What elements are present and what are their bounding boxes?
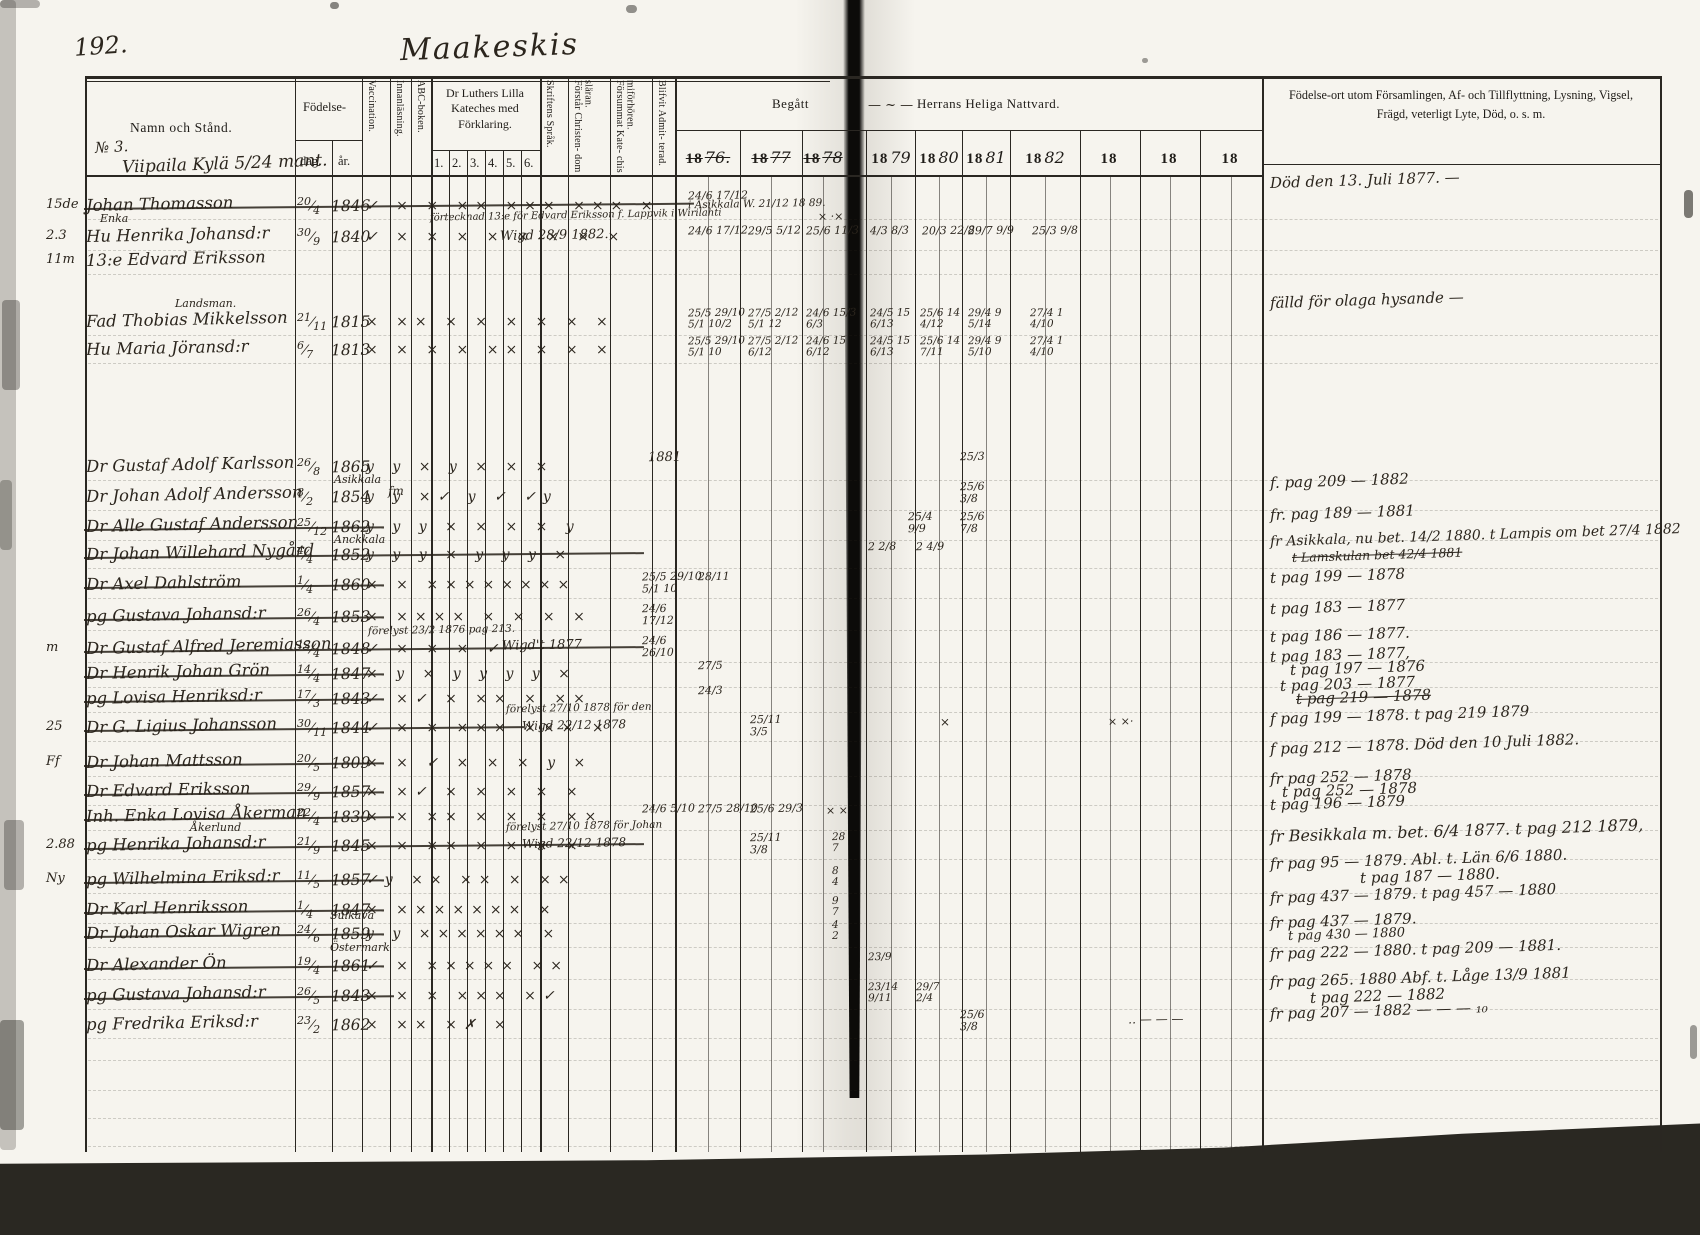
communion-dates: 25/6 3/8 [960, 1009, 985, 1033]
communion-dates: × ·× [818, 211, 844, 223]
row-name: Dr Edvard Eriksson [86, 779, 251, 801]
catechism-marks: × × ×××××××× [366, 577, 576, 593]
communion-squiggle: — ~ — [868, 98, 913, 113]
catechism-marks: × × × × ×× × × × [366, 342, 615, 358]
communion-dates: 25/11 3/5 [750, 714, 782, 738]
communion-dates: 8 4 [832, 866, 839, 889]
note-line: fr. pag 189 — 1881 [1270, 501, 1415, 524]
year-printed: 18 [966, 151, 983, 167]
scan-artifact [0, 480, 12, 550]
col-header-vertical: Skriftens Språk. [543, 80, 567, 173]
birth-year: 1862 [331, 1016, 371, 1035]
row-annotation-above: Landsman. [175, 297, 236, 310]
catechism-marks: y y y × × × × y [366, 519, 581, 535]
birth-day: 23⁄2 [297, 1014, 320, 1036]
grid-vline [740, 130, 741, 1152]
note-line: fr Asikkala, nu bet. 14/2 1880. t Lampis… [1270, 521, 1681, 550]
catechism-marks: × ×× × × × × × × [366, 314, 615, 330]
row-ruling [88, 568, 1658, 569]
row-ruling [88, 923, 1658, 924]
row-name: Dr Henrik Johan Grön [86, 660, 270, 683]
communion-dates: 29/7 9/9 [968, 225, 1014, 238]
communion-dates: 25/6 3/8 [960, 481, 985, 505]
grid-vline [1010, 130, 1011, 1152]
note-line: t pag 183 — 1877 [1270, 596, 1406, 618]
note-line: f pag 212 — 1878. Död den 10 Juli 1882. [1270, 730, 1580, 758]
grid-vline-year-half [1110, 175, 1111, 1152]
scan-artifact [626, 5, 637, 13]
communion-dates: 24/5 15 6/13 [870, 336, 911, 359]
row-name: Dr Axel Dahlström [86, 572, 242, 594]
row-ruling [88, 1090, 1658, 1091]
year-printed: 18 [1101, 151, 1118, 167]
page-title: Maakeskis [399, 27, 579, 68]
year-handwritten: 81 [985, 148, 1005, 167]
communion-dates: 25/5 29/10 5/1 10 [642, 570, 702, 595]
birth-year: 1813 [331, 341, 371, 360]
year-printed: 18 [871, 151, 888, 167]
note-line: Död den 13. Juli 1877. — [1270, 168, 1460, 192]
col-header-remarks: Födelse-ort utom Församlingen, Af- och T… [1268, 86, 1654, 124]
row-name: Dr Johan Willehard Nygård [86, 540, 315, 564]
communion-dates: 2 2/8 [868, 541, 896, 553]
communion-dates: 23/9 [868, 952, 892, 964]
note-line: t pag 196 — 1879 [1270, 792, 1406, 814]
grid-vline [675, 76, 677, 1152]
grid-vline [295, 76, 296, 1152]
year-handwritten: 76. [705, 148, 730, 167]
scan-artifact [1684, 190, 1693, 218]
communion-dates: Wigd 22/12 1878 [522, 718, 626, 733]
row-ruling [88, 1038, 1658, 1039]
year-header: 1878 [795, 148, 851, 168]
communion-dates: 28 7 [832, 832, 846, 855]
communion-dates: 4/3 8/3 [870, 225, 909, 238]
row-margin-note: m [46, 640, 58, 655]
catechism-marks: ✓ × ××××× ×× [366, 958, 569, 974]
communion-dates: 9 7 [832, 896, 839, 919]
grid-vline-year-half [1231, 175, 1232, 1152]
communion-dates: 24/6 26/10 [642, 635, 674, 659]
year-handwritten: 82 [1044, 148, 1064, 167]
communion-dates: × × [826, 805, 848, 817]
year-handwritten: 77 [770, 148, 790, 167]
col-header-catechism: Dr Luthers Lilla Kateches med Förklaring… [433, 86, 537, 132]
row-name: pg Lovisa Henriksd:r [86, 685, 262, 708]
catechism-marks: ✓y ×× ×× × ×× [366, 872, 577, 888]
row-name: pg Henrika Johansd:r [86, 832, 266, 855]
communion-dates: 25/6 11/3 [806, 225, 859, 238]
note-line: fr Besikkala m. bet. 6/4 1877. t pag 212… [1270, 815, 1644, 846]
birth-day: 8⁄2 [297, 486, 313, 508]
year-printed: 18 [686, 151, 703, 167]
grid-hline [1262, 164, 1660, 165]
communion-dates: 29/4 9 5/14 [968, 308, 1002, 331]
communion-dates: 25/5 29/10 5/1 10/2 [688, 308, 746, 332]
year-printed: 18 [919, 151, 936, 167]
catechism-marks: × × ✓ × × × y × [366, 755, 592, 771]
row-ruling [88, 250, 1658, 251]
year-header: 18 [1203, 148, 1259, 168]
communion-dates: 28/11 [698, 571, 730, 583]
col-header-communion-left: Begått [772, 96, 809, 112]
col-header-vertical: Innanläsning. [393, 80, 410, 173]
communion-dates: 24/5 15 6/13 [870, 308, 911, 331]
note-line: fr pag 437 — 1879. t pag 457 — 1880 [1270, 880, 1557, 907]
row-margin-note: 2.3 [46, 228, 67, 243]
grid-vline [866, 130, 867, 1152]
year-printed: 18 [1161, 151, 1178, 167]
catechism-col-number: 5. [506, 156, 515, 171]
communion-dates: 25/4 9/9 [908, 511, 933, 535]
communion-dates: förtecknad 13:e för Edvard Eriksson f. L… [430, 208, 722, 224]
grid-hline [675, 130, 1262, 131]
communion-dates: 24/3 [698, 685, 723, 697]
col-header-vertical: Förstår Christen- domsläran. [571, 80, 609, 173]
communion-dates: 27/4 1 4/10 [1030, 308, 1064, 331]
row-ruling [88, 274, 1658, 275]
catechism-marks: × × × ××× ×✓ [366, 988, 562, 1004]
remarks-header-line2: Frägd, veterligt Lyte, Död, o. s. m. [1268, 105, 1654, 124]
communion-dates: 1881 [648, 451, 681, 466]
row-name: pg Wilhelmina Eriksd:r [86, 866, 280, 889]
remarks-header-line1: Födelse-ort utom Församlingen, Af- och T… [1268, 86, 1654, 105]
communion-dates: 25/6 7/8 [960, 511, 985, 535]
grid-vline [1660, 76, 1662, 1152]
communion-dates: fm [388, 485, 404, 498]
grid-vline [1140, 130, 1141, 1152]
col-header-name: Namn och Stånd. [130, 120, 232, 136]
scan-artifact [330, 2, 339, 9]
scanned-ledger-page: 192. Maakeskis Namn och Stånd. № 3. Viip… [0, 0, 1700, 1235]
scan-artifact [0, 0, 40, 8]
year-header: 1881 [958, 148, 1014, 168]
birth-day: 21⁄11 [297, 311, 327, 333]
communion-dates: × [940, 716, 950, 729]
communion-dates: förelyst 27/10 1878 för Johan [506, 820, 662, 834]
row-name: Dr Gustaf Adolf Karlsson [86, 453, 295, 476]
scan-artifact [2, 300, 20, 390]
row-ruling [88, 510, 1658, 511]
note-line: t pag 186 — 1877. [1270, 624, 1410, 646]
row-margin-note: 2.88 [46, 837, 75, 852]
row-ruling [88, 1118, 1658, 1119]
row-name: Fad Thobias Mikkelsson [86, 308, 288, 331]
communion-dates: förelyst 27/10 1878 för den [506, 702, 652, 716]
col-header-vertical: Försummat Kate- chismiförhören. [613, 80, 651, 173]
year-header: 18 [1082, 148, 1138, 168]
communion-dates: 23/14 9/11 [868, 982, 899, 1005]
birth-year: 1815 [331, 313, 371, 332]
scan-artifact [1142, 58, 1148, 63]
note-line: fälld för olaga hysande — [1270, 288, 1464, 312]
row-name: 13:e Edvard Eriksson [86, 247, 266, 270]
communion-dates: ‥ — — — [1128, 1013, 1184, 1027]
grid-vline [1200, 130, 1201, 1152]
communion-dates: förelyst 23/2 1876 pag 213. [368, 624, 515, 638]
grid-hline [85, 76, 1660, 79]
grid-hline [431, 150, 540, 151]
communion-dates: 27/4 1 4/10 [1030, 336, 1064, 359]
catechism-col-number: 2. [452, 156, 461, 171]
year-printed: 18 [751, 151, 768, 167]
col-header-birth-day: dag. [300, 154, 321, 169]
year-header: 1882 [1017, 148, 1073, 168]
communion-dates: 4 2 [832, 920, 839, 943]
communion-dates: 25/6 14 4/12 [920, 308, 961, 331]
grid-hline [85, 175, 1262, 177]
grid-vline [1262, 76, 1264, 1152]
col-header-birth: Födelse- [303, 100, 346, 115]
scan-artifact [0, 0, 16, 1150]
birth-year: 1840 [331, 228, 371, 247]
row-name: pg Fredrika Eriksd:r [86, 1011, 258, 1034]
row-margin-note: 11m [46, 252, 75, 267]
row-ruling [88, 630, 1658, 631]
communion-dates: 27/5 [698, 660, 723, 672]
year-handwritten: 80 [938, 148, 958, 167]
year-printed: 18 [803, 151, 820, 167]
communion-dates: 24/6 17/12 [642, 603, 674, 627]
grid-vline-year-half [1170, 175, 1171, 1152]
catechism-col-number: 6. [524, 156, 533, 171]
row-ruling [88, 480, 1658, 481]
catechism-marks: y y ×××××× × [366, 926, 561, 942]
note-line: f. pag 209 — 1882 [1270, 470, 1409, 492]
row-name: Dr Alexander Ön [86, 953, 227, 975]
row-name: Dr Karl Henriksson [86, 897, 249, 919]
communion-dates: 24/6 17/12 [688, 224, 748, 237]
communion-dates: 27/5 2/12 6/12 [748, 336, 799, 360]
row-name: Hu Maria Jöransd:r [86, 337, 249, 359]
note-line: fr pag 207 — 1882 — — — ₁₀ [1270, 998, 1488, 1023]
communion-dates: 25/6 29/3 [750, 803, 803, 816]
row-margin-note: 25 [46, 719, 63, 734]
row-margin-note: 15de [46, 197, 79, 212]
row-name: pg Gustava Johansd:r [86, 603, 266, 626]
page-number: 192. [73, 30, 128, 62]
row-ruling [88, 598, 1658, 599]
communion-dates: 25/3 9/8 [1032, 225, 1078, 238]
row-annotation-above: Östermark [330, 941, 390, 954]
communion-dates: 24/6 15/3 6/3 [806, 308, 857, 332]
col-header-vertical: Blifvit Admit- terad. [655, 80, 674, 173]
year-printed: 18 [1222, 151, 1239, 167]
row-ruling [88, 1060, 1658, 1061]
row-ruling [88, 219, 1658, 220]
grid-vline [962, 130, 963, 1152]
scan-artifact [4, 820, 24, 890]
communion-dates: 27/5 2/12 5/1 12 [748, 308, 799, 332]
row-name: Hu Henrika Johansd:r [86, 223, 270, 246]
communion-dates: i Asikkala W. 21/12 18 89. [688, 198, 826, 212]
grid-vline [802, 130, 803, 1152]
col-header-communion-right: Herrans Heliga Nattvard. [917, 96, 1060, 112]
birth-year: 1854 [331, 488, 371, 507]
year-header: 1876. [680, 148, 736, 168]
note-line: t pag 199 — 1878 [1270, 565, 1406, 587]
communion-dates: 25/3 [960, 451, 985, 463]
communion-dates: Wigd 28/9 1882. [500, 228, 609, 244]
grid-hline [295, 140, 362, 141]
communion-dates: × ×· [1108, 716, 1134, 728]
communion-dates: 29/4 9 5/10 [968, 336, 1002, 359]
communion-dates: 2 4/9 [916, 541, 944, 553]
catechism-marks: × ×× ×✗ × [366, 1017, 513, 1033]
catechism-col-number: 3. [470, 156, 479, 171]
communion-dates: 29/7 2/4 [916, 982, 940, 1005]
row-name: Dr Johan Oskar Wigren [86, 920, 281, 943]
village-name: Viipaila Kylä 5/24 mant. [122, 150, 328, 177]
catechism-col-number: 4. [488, 156, 497, 171]
row-name: Dr G. Ligius Johansson [86, 714, 277, 737]
year-handwritten: 78 [822, 148, 842, 167]
row-name: Dr Alle Gustaf Andersson [86, 513, 299, 536]
communion-dates: 25/6 14 7/11 [920, 336, 961, 359]
col-header-birth-year: år. [338, 154, 350, 169]
row-name: pg Gustava Johansd:r [86, 982, 266, 1005]
row-annotation-above: Sulkava [330, 909, 374, 922]
scan-artifact [1690, 1025, 1697, 1059]
row-margin-note: Ny [46, 871, 65, 886]
row-annotation-above: Åkerlund [190, 821, 241, 834]
col-header-vertical: ABC-boken. [414, 80, 430, 173]
year-printed: 18 [1025, 151, 1042, 167]
grid-vline [1080, 130, 1081, 1152]
birth-day: 30⁄9 [297, 226, 320, 248]
year-header: 18 [1142, 148, 1198, 168]
birth-day: 26⁄8 [297, 456, 320, 478]
communion-dates: 24/6 5/10 [642, 803, 695, 816]
row-annotation-above: Enka [100, 212, 128, 225]
catechism-marks: × ××××××× × [366, 902, 557, 918]
row-ruling [88, 805, 1658, 806]
row-ruling [88, 1146, 1658, 1147]
row-name: Dr Johan Mattsson [86, 750, 243, 772]
row-name: Dr Johan Adolf Andersson [86, 482, 303, 506]
birth-day: 6⁄7 [297, 339, 313, 361]
catechism-marks: × ×✓ × × × × × [366, 784, 585, 800]
year-handwritten: 79 [890, 148, 910, 167]
communion-dates: 25/5 29/10 5/1 10 [688, 336, 746, 360]
communion-dates: 25/11 3/8 [750, 832, 782, 856]
communion-dates: 29/5 5/12 [748, 225, 801, 238]
catechism-marks: y y × y × × × [366, 459, 554, 475]
year-header: 1877 [743, 148, 799, 168]
catechism-col-number: 1. [434, 156, 443, 171]
row-ruling [88, 363, 1658, 364]
catechism-marks: × y × y y y y × [366, 666, 577, 682]
grid-hline [85, 81, 830, 82]
row-margin-note: Ff [46, 754, 60, 769]
scan-artifact [0, 1020, 24, 1130]
communion-dates: 24/6 15 6/12 [806, 336, 847, 359]
row-ruling [88, 776, 1658, 777]
col-header-vertical: Vaccination. [365, 80, 389, 173]
village-number: № 3. [95, 137, 129, 157]
